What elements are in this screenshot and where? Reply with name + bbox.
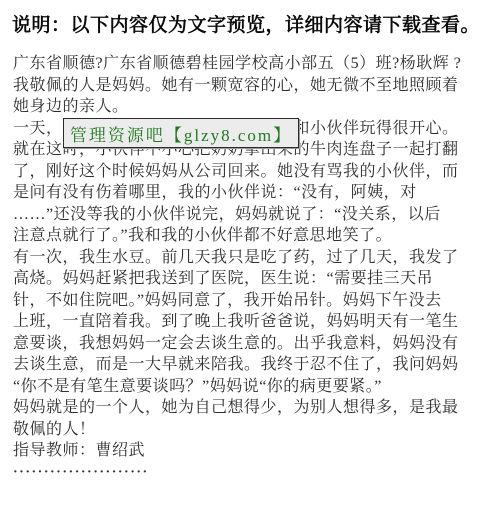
essay-line: 妈妈就是的一个人，她为自己想得少，为别人想得多，是我最 [13,397,496,419]
essay-line: “你不是有笔生意要谈吗？”妈妈说“你的病更要紧。” [13,376,496,398]
preview-notice: 说明：以下内容仅为文字预览，详细内容请下载查看。 [12,10,480,37]
essay-line: 我敬佩的人是妈妈。她有一颗宽容的心，她无微不至地照顾着 [13,75,496,97]
essay-line: 注意点就行了。”我和我的小伙伴都不好意思地笑了。 [13,225,496,247]
teacher-credit-line: 指导教师：曹绍武 [13,440,496,462]
document-preview-page: 说明：以下内容仅为文字预览，详细内容请下载查看。 广东省顺德?广东省顺德碧桂园学… [0,0,500,519]
watermark-text: 管理资源吧【glzy8.com】 [70,121,292,146]
essay-line: 广东省顺德?广东省顺德碧桂园学校高小部五（5）班?杨耿辉 ? [13,53,496,75]
essay-line: 针，不如住院吧。”妈妈同意了，我开始吊针。妈妈下午没去 [13,290,496,312]
essay-line: 意要谈，我想妈妈一定会去谈生意的。出乎我意料，妈妈没有 [13,333,496,355]
essay-line: 是问有没有伤着哪里，我的小伙伴说：“没有，阿姨，对 [13,182,496,204]
watermark-badge: 管理资源吧【glzy8.com】 [63,118,299,148]
essay-line: 有一次，我生水豆。前几天我只是吃了药，过了几天，我发了 [13,247,496,269]
essay-line: 上班，一直陪着我。到了晚上我听爸爸说，妈妈明天有一笔生 [13,311,496,333]
essay-line: 高烧。妈妈赶紧把我送到了医院，医生说：“需要挂三天吊 [13,268,496,290]
dotted-separator: ······················ [13,462,496,484]
essay-line: 敬佩的人！ [13,419,496,441]
essay-line: 她身边的亲人。 [13,96,496,118]
essay-line: 去谈生意，而是一大早就来陪我。我终于忍不住了，我问妈妈 [13,354,496,376]
essay-line: ……”还没等我的小伙伴说完，妈妈就说了：“没关系，以后 [13,204,496,226]
essay-line: 了，刚好这个时候妈妈从公司回来。她没有骂我的小伙伴，而 [13,161,496,183]
